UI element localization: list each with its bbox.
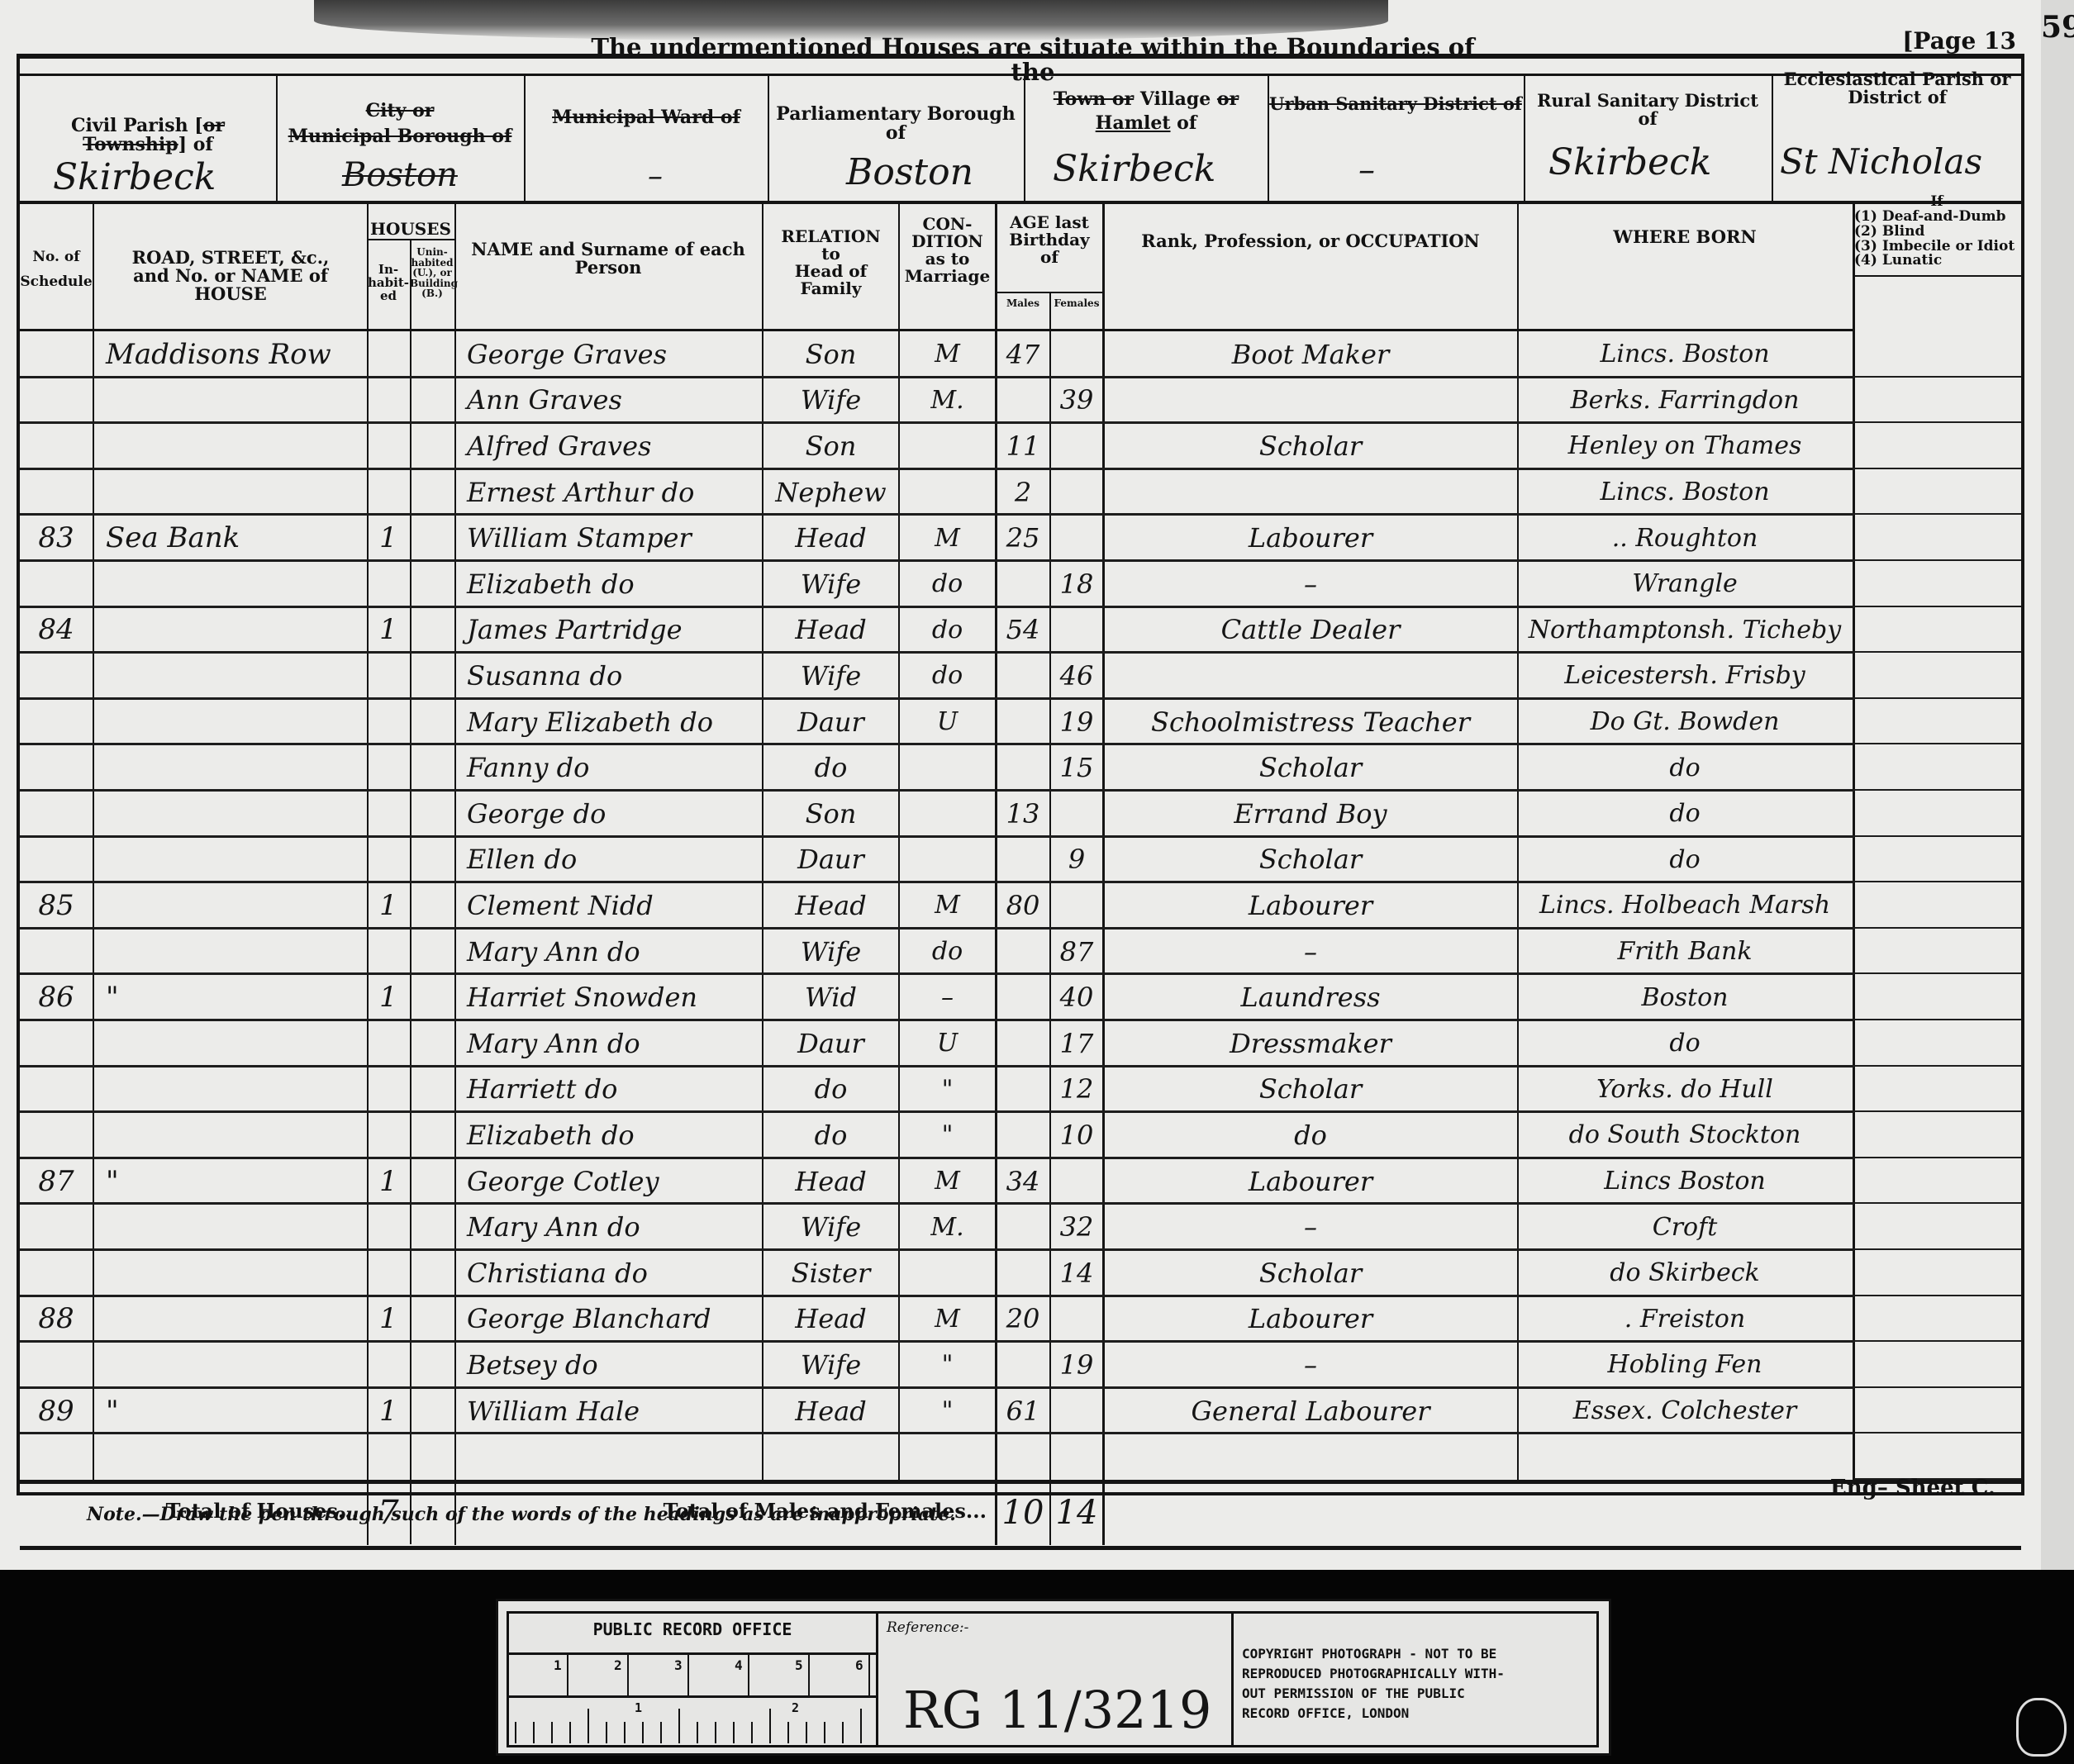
row-divider bbox=[1854, 376, 2021, 378]
row-divider bbox=[1854, 1432, 2021, 1434]
cell-name: Elizabeth do bbox=[455, 561, 761, 607]
cell-occupation: Cattle Dealer bbox=[1104, 607, 1517, 654]
cell-female-age bbox=[1051, 791, 1102, 837]
cell-male-age bbox=[997, 1112, 1049, 1158]
cell-name: George do bbox=[455, 791, 761, 837]
cell-schedule: 83 bbox=[20, 515, 93, 561]
scale-divider bbox=[808, 1654, 810, 1697]
cell-female-age bbox=[1051, 423, 1102, 469]
row-divider bbox=[1854, 1386, 2021, 1388]
cell-where-born: Northamptonsh. Ticheby bbox=[1520, 607, 1850, 654]
cell-relation: Wid bbox=[763, 974, 898, 1020]
scale-number: 1 bbox=[635, 1700, 642, 1715]
scale-tick bbox=[515, 1722, 516, 1743]
cell-occupation: General Labourer bbox=[1104, 1388, 1517, 1434]
cell-inhabited bbox=[367, 331, 410, 378]
cell-occupation: Labourer bbox=[1104, 882, 1517, 929]
cell-relation: Wife bbox=[763, 1204, 898, 1250]
cell-female-age: 15 bbox=[1051, 744, 1102, 791]
cell-condition bbox=[900, 744, 995, 791]
cell-male-age: 47 bbox=[997, 331, 1049, 378]
cell-relation: do bbox=[763, 1112, 898, 1158]
census-sheet: The undermentioned Houses are situate wi… bbox=[0, 0, 2041, 1570]
cell-relation: Son bbox=[763, 791, 898, 837]
cell-female-age: 9 bbox=[1051, 837, 1102, 883]
label-city-borough: City or Municipal Borough of bbox=[278, 102, 522, 146]
page-label: [Page 13 bbox=[1900, 29, 2016, 53]
cell-male-age: 61 bbox=[997, 1388, 1049, 1434]
cell-schedule bbox=[20, 653, 93, 699]
cell-name: Ellen do bbox=[455, 837, 761, 883]
cell-inhabited bbox=[367, 469, 410, 516]
scale-tick bbox=[533, 1722, 535, 1743]
scale-tick bbox=[733, 1722, 735, 1743]
scale-tick bbox=[769, 1709, 771, 1743]
cell-male-age bbox=[997, 1204, 1049, 1250]
col-uninhabited: Unin-habited (U.), or Building (B.) bbox=[410, 247, 454, 299]
cell-schedule bbox=[20, 378, 93, 424]
cell-where-born: do bbox=[1520, 744, 1850, 791]
cell-where-born: Boston bbox=[1520, 974, 1850, 1020]
scale-tick bbox=[660, 1722, 662, 1743]
scale-number: 2 bbox=[614, 1657, 622, 1673]
row-divider bbox=[1854, 1202, 2021, 1204]
cell-schedule: 85 bbox=[20, 882, 93, 929]
cell-condition: do bbox=[900, 607, 995, 654]
cell-occupation: Schoolmistress Teacher bbox=[1104, 699, 1517, 745]
cell-where-born: Essex. Colchester bbox=[1520, 1388, 1850, 1434]
cell-female-age: 39 bbox=[1051, 378, 1102, 424]
row-divider bbox=[1854, 697, 2021, 699]
cell-female-age: 17 bbox=[1051, 1020, 1102, 1067]
cell-road bbox=[94, 1112, 367, 1158]
cell-road bbox=[94, 653, 367, 699]
cell-name: Harriet Snowden bbox=[455, 974, 761, 1020]
cell-male-age bbox=[997, 929, 1049, 975]
cell-relation: Daur bbox=[763, 699, 898, 745]
cell-inhabited bbox=[367, 561, 410, 607]
cell-name: Betsey do bbox=[455, 1342, 761, 1388]
scale-number: 3 bbox=[674, 1657, 683, 1673]
note-text: Note.—Draw the pen through such of the w… bbox=[87, 1505, 996, 1524]
cell-schedule bbox=[20, 1020, 93, 1067]
cell-occupation: Scholar bbox=[1104, 1250, 1517, 1296]
cell-male-age bbox=[997, 974, 1049, 1020]
cell-condition bbox=[900, 1434, 995, 1480]
cell-relation: Nephew bbox=[763, 469, 898, 516]
cell-occupation: Scholar bbox=[1104, 1067, 1517, 1113]
cell-inhabited bbox=[367, 1342, 410, 1388]
cell-male-age bbox=[997, 699, 1049, 745]
scale-number: 6 bbox=[855, 1657, 863, 1673]
cell-road: " bbox=[94, 1388, 367, 1434]
cell-where-born: do bbox=[1520, 837, 1850, 883]
cell-schedule bbox=[20, 1250, 93, 1296]
cell-road bbox=[94, 882, 367, 929]
scale-number: 4 bbox=[735, 1657, 743, 1673]
cell-condition: M bbox=[900, 1296, 995, 1343]
total-males-value: 10 bbox=[997, 1484, 1049, 1542]
reference-value: RG 11/3219 bbox=[903, 1680, 1211, 1740]
scale-number: 1 bbox=[554, 1657, 562, 1673]
scale-tick bbox=[715, 1722, 716, 1743]
label-town-village-hamlet: Town or Village or Hamlet of bbox=[1025, 90, 1267, 133]
cell-male-age bbox=[997, 1434, 1049, 1480]
cell-name: George Blanchard bbox=[455, 1296, 761, 1343]
cell-occupation: Laundress bbox=[1104, 974, 1517, 1020]
cell-name: William Stamper bbox=[455, 515, 761, 561]
cell-female-age bbox=[1051, 1434, 1102, 1480]
cell-schedule: 89 bbox=[20, 1388, 93, 1434]
scale-tick bbox=[787, 1722, 789, 1743]
cell-relation: Wife bbox=[763, 561, 898, 607]
cell-female-age bbox=[1051, 1296, 1102, 1343]
cell-name: Ernest Arthur do bbox=[455, 469, 761, 516]
cell-road bbox=[94, 1296, 367, 1343]
cell-female-age: 18 bbox=[1051, 561, 1102, 607]
value-civil-parish: Skirbeck bbox=[53, 156, 216, 198]
cell-male-age bbox=[997, 1020, 1049, 1067]
cell-where-born: Lincs Boston bbox=[1520, 1158, 1850, 1205]
cell-female-age bbox=[1051, 1388, 1102, 1434]
cell-relation: Head bbox=[763, 1296, 898, 1343]
cell-where-born: Leicestersh. Frisby bbox=[1520, 653, 1850, 699]
cell-where-born: Lincs. Boston bbox=[1520, 469, 1850, 516]
col-where-born: WHERE BORN bbox=[1520, 228, 1850, 246]
cell-inhabited bbox=[367, 699, 410, 745]
cell-occupation bbox=[1104, 378, 1517, 424]
cell-where-born: Croft bbox=[1520, 1204, 1850, 1250]
cell-name: Mary Ann do bbox=[455, 1204, 761, 1250]
row-divider bbox=[1854, 1157, 2021, 1158]
cell-condition: M bbox=[900, 331, 995, 378]
cell-occupation: Errand Boy bbox=[1104, 791, 1517, 837]
cell-condition bbox=[900, 791, 995, 837]
cell-name: Fanny do bbox=[455, 744, 761, 791]
cell-condition bbox=[900, 469, 995, 516]
value-town-village: Skirbeck bbox=[1053, 148, 1215, 190]
copyright-notice: COPYRIGHT PHOTOGRAPH - NOT TO BE REPRODU… bbox=[1242, 1644, 1505, 1724]
cell-road bbox=[94, 1067, 367, 1113]
cell-female-age: 19 bbox=[1051, 1342, 1102, 1388]
scale-divider bbox=[748, 1654, 749, 1697]
cell-road bbox=[94, 1250, 367, 1296]
cell-schedule: 87 bbox=[20, 1158, 93, 1205]
cell-inhabited bbox=[367, 653, 410, 699]
cell-name: George Cotley bbox=[455, 1158, 761, 1205]
cell-occupation bbox=[1104, 1434, 1517, 1480]
scale-number: 2 bbox=[792, 1700, 799, 1715]
cell-where-born: do Skirbeck bbox=[1520, 1250, 1850, 1296]
row-divider bbox=[1854, 1110, 2021, 1112]
row-divider bbox=[1854, 1019, 2021, 1020]
row-divider bbox=[1854, 606, 2021, 607]
cell-relation bbox=[763, 1434, 898, 1480]
cell-name: Mary Elizabeth do bbox=[455, 699, 761, 745]
label-civil-parish: Civil Parish [or Township] of bbox=[24, 116, 272, 155]
row-divider bbox=[1854, 881, 2021, 882]
cell-female-age: 10 bbox=[1051, 1112, 1102, 1158]
cell-road bbox=[94, 561, 367, 607]
col-inhabited: In-habit-ed bbox=[367, 264, 410, 302]
cell-inhabited: 1 bbox=[367, 1388, 410, 1434]
cell-female-age bbox=[1051, 1158, 1102, 1205]
cell-where-born: Lincs. Boston bbox=[1520, 331, 1850, 378]
cell-inhabited bbox=[367, 837, 410, 883]
col-occupation: Rank, Profession, or OCCUPATION bbox=[1104, 232, 1517, 250]
cell-road bbox=[94, 1020, 367, 1067]
cell-where-born: . Freiston bbox=[1520, 1296, 1850, 1343]
cell-where-born: do bbox=[1520, 791, 1850, 837]
cell-occupation: Scholar bbox=[1104, 423, 1517, 469]
cell-road bbox=[94, 929, 367, 975]
cell-relation: Sister bbox=[763, 1250, 898, 1296]
label-urban-sanitary: Urban Sanitary District of bbox=[1269, 95, 1522, 113]
cell-name: William Hale bbox=[455, 1388, 761, 1434]
cell-female-age: 87 bbox=[1051, 929, 1102, 975]
cell-relation: do bbox=[763, 1067, 898, 1113]
cell-relation: Son bbox=[763, 331, 898, 378]
scale-tick bbox=[569, 1722, 571, 1743]
cell-male-age: 25 bbox=[997, 515, 1049, 561]
cell-inhabited bbox=[367, 1204, 410, 1250]
cell-female-age bbox=[1051, 469, 1102, 516]
cell-male-age: 54 bbox=[997, 607, 1049, 654]
cell-schedule bbox=[20, 331, 93, 378]
cell-condition: U bbox=[900, 1020, 995, 1067]
cell-female-age: 46 bbox=[1051, 653, 1102, 699]
reference-label: Reference:- bbox=[887, 1619, 968, 1636]
cell-inhabited bbox=[367, 791, 410, 837]
cell-male-age bbox=[997, 1342, 1049, 1388]
cell-condition bbox=[900, 1250, 995, 1296]
cell-road: " bbox=[94, 1158, 367, 1205]
cell-male-age: 34 bbox=[997, 1158, 1049, 1205]
scale-tick bbox=[587, 1709, 589, 1743]
cell-road bbox=[94, 791, 367, 837]
scale-divider bbox=[687, 1654, 689, 1697]
cell-road bbox=[94, 1342, 367, 1388]
cell-schedule bbox=[20, 423, 93, 469]
cell-schedule bbox=[20, 929, 93, 975]
cell-male-age bbox=[997, 1067, 1049, 1113]
cell-inhabited: 1 bbox=[367, 1296, 410, 1343]
label-municipal-ward: Municipal Ward of bbox=[526, 108, 767, 127]
cell-schedule bbox=[20, 469, 93, 516]
label-parliamentary-borough: Parliamentary Borough of bbox=[769, 105, 1022, 143]
col-females: Females bbox=[1051, 298, 1102, 309]
cell-inhabited: 1 bbox=[367, 882, 410, 929]
archive-logo-icon bbox=[2016, 1698, 2067, 1757]
cell-where-born: do bbox=[1520, 1020, 1850, 1067]
cell-occupation: Scholar bbox=[1104, 837, 1517, 883]
scale-tick bbox=[842, 1722, 844, 1743]
cell-condition: do bbox=[900, 561, 995, 607]
cell-relation: Wife bbox=[763, 653, 898, 699]
scale-tick bbox=[860, 1709, 862, 1743]
label-ecclesiastical: Ecclesiastical Parish or District of bbox=[1773, 70, 2021, 107]
cell-inhabited bbox=[367, 1067, 410, 1113]
cell-inhabited: 1 bbox=[367, 1158, 410, 1205]
cell-inhabited: 1 bbox=[367, 607, 410, 654]
cell-male-age bbox=[997, 837, 1049, 883]
cell-schedule bbox=[20, 744, 93, 791]
cell-male-age: 20 bbox=[997, 1296, 1049, 1343]
cell-occupation bbox=[1104, 469, 1517, 516]
cell-condition: " bbox=[900, 1388, 995, 1434]
row-divider bbox=[1854, 1248, 2021, 1250]
cell-female-age bbox=[1051, 515, 1102, 561]
cell-male-age bbox=[997, 744, 1049, 791]
row-divider bbox=[1854, 651, 2021, 653]
cell-road: Sea Bank bbox=[94, 515, 367, 561]
cell-relation: Head bbox=[763, 607, 898, 654]
col-infirmity: If (1) Deaf-and-Dumb(2) Blind(3) Imbecil… bbox=[1854, 195, 2019, 269]
cell-occupation: – bbox=[1104, 929, 1517, 975]
cell-relation: Head bbox=[763, 515, 898, 561]
cell-occupation: – bbox=[1104, 1204, 1517, 1250]
cell-occupation bbox=[1104, 653, 1517, 699]
cell-occupation: do bbox=[1104, 1112, 1517, 1158]
cell-female-age bbox=[1051, 607, 1102, 654]
row-divider bbox=[1854, 468, 2021, 469]
cell-female-age: 32 bbox=[1051, 1204, 1102, 1250]
cell-name: Mary Ann do bbox=[455, 929, 761, 975]
cell-occupation: – bbox=[1104, 561, 1517, 607]
cell-inhabited: 1 bbox=[367, 974, 410, 1020]
cell-occupation: Dressmaker bbox=[1104, 1020, 1517, 1067]
row-divider bbox=[1854, 559, 2021, 561]
value-municipal-ward: – bbox=[648, 159, 663, 193]
cell-relation: do bbox=[763, 744, 898, 791]
scale-number: 5 bbox=[795, 1657, 803, 1673]
cell-where-born: Berks. Farringdon bbox=[1520, 378, 1850, 424]
cell-relation: Daur bbox=[763, 837, 898, 883]
scale-tick bbox=[678, 1709, 680, 1743]
cell-relation: Wife bbox=[763, 929, 898, 975]
cell-name: Elizabeth do bbox=[455, 1112, 761, 1158]
cell-where-born: Hobling Fen bbox=[1520, 1342, 1850, 1388]
cell-schedule bbox=[20, 1067, 93, 1113]
cell-road bbox=[94, 837, 367, 883]
cell-schedule: 88 bbox=[20, 1296, 93, 1343]
row-divider bbox=[1854, 1295, 2021, 1296]
cell-inhabited: 1 bbox=[367, 515, 410, 561]
cell-where-born: Yorks. do Hull bbox=[1520, 1067, 1850, 1113]
record-office-label: PUBLIC RECORD OFFICE 12345612 Reference:… bbox=[496, 1599, 1611, 1756]
cell-relation: Head bbox=[763, 1158, 898, 1205]
row-divider bbox=[1854, 1340, 2021, 1342]
cell-schedule bbox=[20, 1204, 93, 1250]
cell-occupation: Boot Maker bbox=[1104, 331, 1517, 378]
cell-road bbox=[94, 744, 367, 791]
scale-tick bbox=[824, 1722, 825, 1743]
cell-occupation: Labourer bbox=[1104, 515, 1517, 561]
cell-condition: M bbox=[900, 515, 995, 561]
folio-number: 59 bbox=[2041, 12, 2074, 44]
cell-male-age bbox=[997, 561, 1049, 607]
row-divider bbox=[1854, 927, 2021, 929]
cell-male-age: 11 bbox=[997, 423, 1049, 469]
cell-name: Mary Ann do bbox=[455, 1020, 761, 1067]
cell-where-born: Lincs. Holbeach Marsh bbox=[1520, 882, 1850, 929]
cell-road bbox=[94, 378, 367, 424]
cell-where-born: Henley on Thames bbox=[1520, 423, 1850, 469]
cell-condition: M. bbox=[900, 378, 995, 424]
cell-where-born: Wrangle bbox=[1520, 561, 1850, 607]
cell-female-age: 19 bbox=[1051, 699, 1102, 745]
value-urban-sanitary: – bbox=[1358, 151, 1375, 189]
cell-condition: M bbox=[900, 1158, 995, 1205]
value-ecclesiastical: St Nicholas bbox=[1780, 141, 1982, 182]
cell-inhabited bbox=[367, 929, 410, 975]
total-females-value: 14 bbox=[1051, 1484, 1102, 1542]
cell-name: James Partridge bbox=[455, 607, 761, 654]
cell-where-born: Do Gt. Bowden bbox=[1520, 699, 1850, 745]
cell-name: Alfred Graves bbox=[455, 423, 761, 469]
cell-relation: Head bbox=[763, 1388, 898, 1434]
cell-male-age bbox=[997, 653, 1049, 699]
cell-inhabited bbox=[367, 1112, 410, 1158]
scale-divider bbox=[868, 1654, 870, 1697]
row-divider bbox=[1854, 789, 2021, 791]
cell-occupation: Scholar bbox=[1104, 744, 1517, 791]
cell-condition bbox=[900, 837, 995, 883]
cell-schedule bbox=[20, 837, 93, 883]
record-office-title: PUBLIC RECORD OFFICE bbox=[507, 1619, 878, 1639]
cell-road bbox=[94, 699, 367, 745]
value-city-borough: Boston bbox=[342, 156, 458, 194]
col-road: ROAD, STREET, &c.,and No. or NAME of HOU… bbox=[94, 249, 367, 303]
cell-where-born: Frith Bank bbox=[1520, 929, 1850, 975]
cell-condition: do bbox=[900, 929, 995, 975]
cell-inhabited bbox=[367, 423, 410, 469]
cell-schedule bbox=[20, 791, 93, 837]
col-schedule: No. ofSchedule bbox=[20, 250, 93, 290]
cell-road bbox=[94, 1434, 367, 1480]
cell-condition: " bbox=[900, 1112, 995, 1158]
cell-road bbox=[94, 1204, 367, 1250]
scale-tick bbox=[697, 1722, 698, 1743]
cell-female-age: 12 bbox=[1051, 1067, 1102, 1113]
cell-where-born: .. Roughton bbox=[1520, 515, 1850, 561]
value-parliamentary-borough: Boston bbox=[846, 151, 973, 193]
cell-occupation: Labourer bbox=[1104, 1158, 1517, 1205]
census-form: Civil Parish [or Township] of City or Mu… bbox=[17, 54, 2024, 1495]
cell-female-age: 40 bbox=[1051, 974, 1102, 1020]
scale-divider bbox=[567, 1654, 568, 1697]
scale-tick bbox=[606, 1722, 607, 1743]
col-condition: CON-DITIONas toMarriage bbox=[900, 216, 995, 285]
cell-relation: Daur bbox=[763, 1020, 898, 1067]
cell-female-age bbox=[1051, 331, 1102, 378]
cell-condition: M. bbox=[900, 1204, 995, 1250]
cell-name: Clement Nidd bbox=[455, 882, 761, 929]
cell-female-age: 14 bbox=[1051, 1250, 1102, 1296]
cell-female-age bbox=[1051, 882, 1102, 929]
row-divider bbox=[1854, 743, 2021, 744]
cell-male-age: 80 bbox=[997, 882, 1049, 929]
col-age: AGE lastBirthdayof bbox=[997, 214, 1102, 266]
row-divider bbox=[1854, 513, 2021, 515]
row-divider bbox=[1854, 421, 2021, 423]
cell-road: Maddisons Row bbox=[94, 331, 367, 378]
scale-tick bbox=[551, 1722, 553, 1743]
row-divider bbox=[1854, 972, 2021, 974]
cell-condition: U bbox=[900, 699, 995, 745]
cell-inhabited bbox=[367, 378, 410, 424]
cell-schedule: 84 bbox=[20, 607, 93, 654]
